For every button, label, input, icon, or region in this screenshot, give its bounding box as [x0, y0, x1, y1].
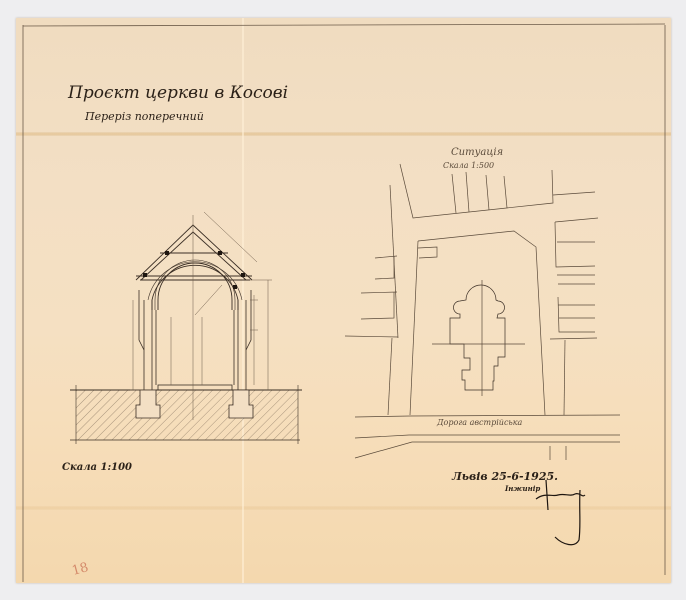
site-plan-scale: Скала 1:500	[443, 161, 494, 170]
drawing-title: Проєкт церкви в Косові	[68, 83, 288, 103]
site-plan-drawing	[345, 164, 620, 460]
place-date: Львів 25-6-1925.	[452, 470, 558, 483]
signature-stroke	[536, 480, 585, 545]
cross-section-drawing	[70, 212, 302, 444]
site-plan-label: Ситуація	[451, 147, 503, 158]
road-label: Дорога австрійська	[437, 418, 522, 427]
section-scale-label: Скала 1:100	[62, 462, 132, 473]
engineer-label: Інжиніp	[505, 484, 540, 493]
sheet-border	[23, 24, 665, 582]
drawing-subtitle: Перерiз поперечний	[85, 110, 204, 123]
